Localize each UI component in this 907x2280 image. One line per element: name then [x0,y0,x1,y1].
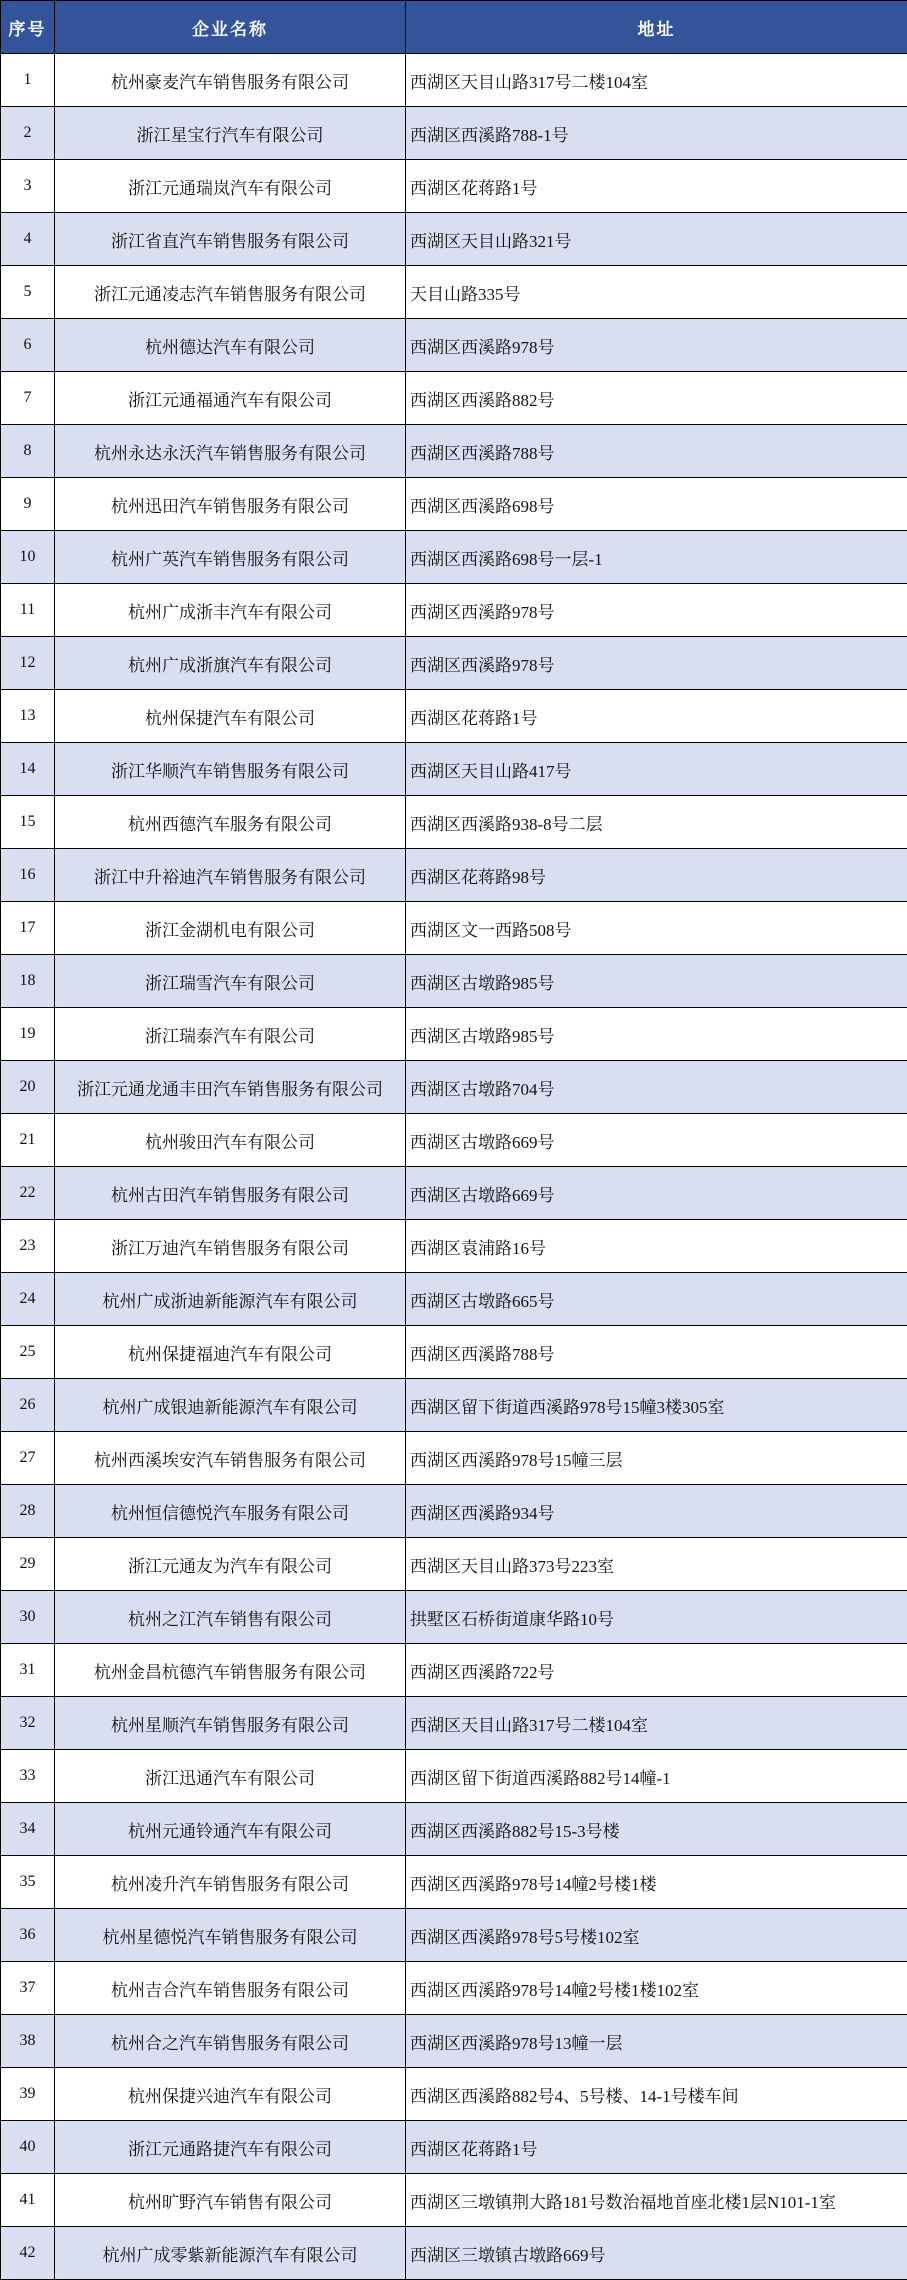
cell-index: 19 [1,1008,55,1061]
header-cell-company-name: 企业名称 [55,1,406,54]
cell-company-name: 杭州保捷福迪汽车有限公司 [55,1326,406,1379]
cell-index: 15 [1,796,55,849]
cell-company-name: 杭州广成浙丰汽车有限公司 [55,584,406,637]
cell-address: 西湖区古墩路669号 [406,1167,907,1220]
cell-address: 西湖区天目山路317号二楼104室 [406,54,907,107]
table-row: 32杭州星顺汽车销售服务有限公司西湖区天目山路317号二楼104室 [1,1697,907,1750]
table-row: 16浙江中升裕迪汽车销售服务有限公司西湖区花蒋路98号 [1,849,907,902]
cell-company-name: 杭州迅田汽车销售服务有限公司 [55,478,406,531]
cell-company-name: 浙江元通友为汽车有限公司 [55,1538,406,1591]
cell-index: 38 [1,2015,55,2068]
table-row: 24杭州广成浙迪新能源汽车有限公司西湖区古墩路665号 [1,1273,907,1326]
cell-address: 西湖区花蒋路98号 [406,849,907,902]
cell-index: 13 [1,690,55,743]
table-row: 5浙江元通凌志汽车销售服务有限公司天目山路335号 [1,266,907,319]
cell-index: 39 [1,2068,55,2121]
cell-address: 西湖区西溪路978号14幢2号楼1楼 [406,1856,907,1909]
cell-company-name: 杭州古田汽车销售服务有限公司 [55,1167,406,1220]
cell-address: 西湖区花蒋路1号 [406,2121,907,2174]
table-row: 8杭州永达永沃汽车销售服务有限公司西湖区西溪路788号 [1,425,907,478]
cell-address: 西湖区西溪路698号一层-1 [406,531,907,584]
cell-company-name: 浙江瑞泰汽车有限公司 [55,1008,406,1061]
cell-company-name: 杭州广英汽车销售服务有限公司 [55,531,406,584]
cell-company-name: 杭州金昌杭德汽车销售服务有限公司 [55,1644,406,1697]
cell-company-name: 杭州德达汽车有限公司 [55,319,406,372]
cell-address: 西湖区西溪路978号 [406,319,907,372]
cell-company-name: 浙江迅通汽车有限公司 [55,1750,406,1803]
cell-index: 6 [1,319,55,372]
cell-address: 西湖区留下街道西溪路978号15幢3楼305室 [406,1379,907,1432]
cell-company-name: 杭州合之汽车销售服务有限公司 [55,2015,406,2068]
cell-address: 西湖区西溪路978号15幢三层 [406,1432,907,1485]
cell-index: 27 [1,1432,55,1485]
table-row: 19浙江瑞泰汽车有限公司西湖区古墩路985号 [1,1008,907,1061]
company-address-table: 序号 企业名称 地址 1杭州豪麦汽车销售服务有限公司西湖区天目山路317号二楼1… [0,0,907,2280]
cell-index: 26 [1,1379,55,1432]
cell-index: 23 [1,1220,55,1273]
cell-company-name: 浙江省直汽车销售服务有限公司 [55,213,406,266]
cell-index: 20 [1,1061,55,1114]
table-row: 3浙江元通瑞岚汽车有限公司西湖区花蒋路1号 [1,160,907,213]
table-row: 14浙江华顺汽车销售服务有限公司西湖区天目山路417号 [1,743,907,796]
cell-company-name: 杭州永达永沃汽车销售服务有限公司 [55,425,406,478]
table-row: 42杭州广成零紫新能源汽车有限公司西湖区三墩镇古墩路669号 [1,2227,907,2280]
cell-index: 32 [1,1697,55,1750]
table-row: 37杭州吉合汽车销售服务有限公司西湖区西溪路978号14幢2号楼1楼102室 [1,1962,907,2015]
cell-address: 天目山路335号 [406,266,907,319]
cell-company-name: 浙江中升裕迪汽车销售服务有限公司 [55,849,406,902]
table-row: 40浙江元通路捷汽车有限公司西湖区花蒋路1号 [1,2121,907,2174]
cell-company-name: 杭州广成浙旗汽车有限公司 [55,637,406,690]
cell-index: 12 [1,637,55,690]
header-cell-index: 序号 [1,1,55,54]
cell-index: 14 [1,743,55,796]
cell-company-name: 杭州广成零紫新能源汽车有限公司 [55,2227,406,2280]
cell-address: 拱墅区石桥街道康华路10号 [406,1591,907,1644]
cell-company-name: 浙江瑞雪汽车有限公司 [55,955,406,1008]
cell-index: 36 [1,1909,55,1962]
table-row: 21杭州骏田汽车有限公司西湖区古墩路669号 [1,1114,907,1167]
cell-index: 5 [1,266,55,319]
cell-address: 西湖区天目山路317号二楼104室 [406,1697,907,1750]
cell-index: 9 [1,478,55,531]
cell-address: 西湖区西溪路788号 [406,1326,907,1379]
cell-index: 34 [1,1803,55,1856]
cell-address: 西湖区三墩镇荆大路181号数治福地首座北楼1层N101-1室 [406,2174,907,2227]
table-row: 12杭州广成浙旗汽车有限公司西湖区西溪路978号 [1,637,907,690]
cell-address: 西湖区古墩路704号 [406,1061,907,1114]
table-row: 28杭州恒信德悦汽车服务有限公司西湖区西溪路934号 [1,1485,907,1538]
cell-index: 37 [1,1962,55,2015]
cell-company-name: 杭州之江汽车销售有限公司 [55,1591,406,1644]
cell-index: 21 [1,1114,55,1167]
cell-index: 22 [1,1167,55,1220]
table-header: 序号 企业名称 地址 [1,1,907,54]
table-row: 10杭州广英汽车销售服务有限公司西湖区西溪路698号一层-1 [1,531,907,584]
cell-address: 西湖区古墩路665号 [406,1273,907,1326]
cell-address: 西湖区西溪路882号 [406,372,907,425]
cell-address: 西湖区古墩路985号 [406,1008,907,1061]
cell-index: 28 [1,1485,55,1538]
table-row: 35杭州凌升汽车销售服务有限公司西湖区西溪路978号14幢2号楼1楼 [1,1856,907,1909]
cell-index: 4 [1,213,55,266]
cell-address: 西湖区花蒋路1号 [406,160,907,213]
table-row: 4浙江省直汽车销售服务有限公司西湖区天目山路321号 [1,213,907,266]
cell-address: 西湖区西溪路978号5号楼102室 [406,1909,907,1962]
table-row: 2浙江星宝行汽车有限公司西湖区西溪路788-1号 [1,107,907,160]
cell-index: 29 [1,1538,55,1591]
cell-address: 西湖区袁浦路16号 [406,1220,907,1273]
cell-company-name: 杭州广成浙迪新能源汽车有限公司 [55,1273,406,1326]
cell-index: 31 [1,1644,55,1697]
table-row: 25杭州保捷福迪汽车有限公司西湖区西溪路788号 [1,1326,907,1379]
cell-company-name: 杭州元通铃通汽车有限公司 [55,1803,406,1856]
cell-address: 西湖区西溪路882号4、5号楼、14-1号楼车间 [406,2068,907,2121]
cell-address: 西湖区西溪路934号 [406,1485,907,1538]
cell-index: 40 [1,2121,55,2174]
cell-address: 西湖区西溪路882号15-3号楼 [406,1803,907,1856]
cell-company-name: 杭州恒信德悦汽车服务有限公司 [55,1485,406,1538]
cell-address: 西湖区西溪路978号 [406,584,907,637]
cell-company-name: 浙江元通瑞岚汽车有限公司 [55,160,406,213]
table-row: 17浙江金湖机电有限公司西湖区文一西路508号 [1,902,907,955]
cell-index: 17 [1,902,55,955]
table-row: 31杭州金昌杭德汽车销售服务有限公司西湖区西溪路722号 [1,1644,907,1697]
cell-index: 1 [1,54,55,107]
cell-address: 西湖区西溪路722号 [406,1644,907,1697]
cell-address: 西湖区三墩镇古墩路669号 [406,2227,907,2280]
cell-address: 西湖区西溪路788号 [406,425,907,478]
table-row: 41杭州旷野汽车销售有限公司西湖区三墩镇荆大路181号数治福地首座北楼1层N10… [1,2174,907,2227]
cell-company-name: 杭州星顺汽车销售服务有限公司 [55,1697,406,1750]
cell-index: 18 [1,955,55,1008]
cell-address: 西湖区西溪路978号14幢2号楼1楼102室 [406,1962,907,2015]
cell-company-name: 浙江金湖机电有限公司 [55,902,406,955]
table-row: 11杭州广成浙丰汽车有限公司西湖区西溪路978号 [1,584,907,637]
cell-address: 西湖区西溪路788-1号 [406,107,907,160]
cell-index: 2 [1,107,55,160]
cell-index: 30 [1,1591,55,1644]
cell-company-name: 杭州凌升汽车销售服务有限公司 [55,1856,406,1909]
table-row: 23浙江万迪汽车销售服务有限公司西湖区袁浦路16号 [1,1220,907,1273]
cell-company-name: 杭州星德悦汽车销售服务有限公司 [55,1909,406,1962]
cell-address: 西湖区留下街道西溪路882号14幢-1 [406,1750,907,1803]
table-row: 9杭州迅田汽车销售服务有限公司西湖区西溪路698号 [1,478,907,531]
table-row: 15杭州西德汽车服务有限公司西湖区西溪路938-8号二层 [1,796,907,849]
cell-company-name: 杭州保捷汽车有限公司 [55,690,406,743]
cell-company-name: 浙江元通龙通丰田汽车销售服务有限公司 [55,1061,406,1114]
cell-company-name: 杭州豪麦汽车销售服务有限公司 [55,54,406,107]
header-cell-address: 地址 [406,1,907,54]
table-row: 39杭州保捷兴迪汽车有限公司西湖区西溪路882号4、5号楼、14-1号楼车间 [1,2068,907,2121]
cell-index: 16 [1,849,55,902]
cell-index: 41 [1,2174,55,2227]
cell-company-name: 杭州西德汽车服务有限公司 [55,796,406,849]
cell-index: 10 [1,531,55,584]
cell-index: 42 [1,2227,55,2280]
cell-address: 西湖区古墩路669号 [406,1114,907,1167]
cell-company-name: 杭州吉合汽车销售服务有限公司 [55,1962,406,2015]
cell-address: 西湖区天目山路321号 [406,213,907,266]
cell-address: 西湖区花蒋路1号 [406,690,907,743]
table-row: 30杭州之江汽车销售有限公司拱墅区石桥街道康华路10号 [1,1591,907,1644]
cell-company-name: 浙江元通凌志汽车销售服务有限公司 [55,266,406,319]
cell-company-name: 杭州西溪埃安汽车销售服务有限公司 [55,1432,406,1485]
table-row: 29浙江元通友为汽车有限公司西湖区天目山路373号223室 [1,1538,907,1591]
cell-index: 8 [1,425,55,478]
table-row: 33浙江迅通汽车有限公司西湖区留下街道西溪路882号14幢-1 [1,1750,907,1803]
table-row: 20浙江元通龙通丰田汽车销售服务有限公司西湖区古墩路704号 [1,1061,907,1114]
table-row: 7浙江元通福通汽车有限公司西湖区西溪路882号 [1,372,907,425]
cell-address: 西湖区西溪路698号 [406,478,907,531]
cell-index: 3 [1,160,55,213]
cell-company-name: 杭州广成银迪新能源汽车有限公司 [55,1379,406,1432]
table-row: 27杭州西溪埃安汽车销售服务有限公司西湖区西溪路978号15幢三层 [1,1432,907,1485]
cell-index: 35 [1,1856,55,1909]
cell-company-name: 浙江元通路捷汽车有限公司 [55,2121,406,2174]
table-row: 6杭州德达汽车有限公司西湖区西溪路978号 [1,319,907,372]
cell-index: 33 [1,1750,55,1803]
cell-address: 西湖区天目山路373号223室 [406,1538,907,1591]
cell-address: 西湖区西溪路978号13幢一层 [406,2015,907,2068]
cell-index: 11 [1,584,55,637]
cell-address: 西湖区西溪路978号 [406,637,907,690]
cell-address: 西湖区西溪路938-8号二层 [406,796,907,849]
cell-index: 7 [1,372,55,425]
cell-company-name: 杭州骏田汽车有限公司 [55,1114,406,1167]
cell-address: 西湖区文一西路508号 [406,902,907,955]
table-row: 26杭州广成银迪新能源汽车有限公司西湖区留下街道西溪路978号15幢3楼305室 [1,1379,907,1432]
cell-index: 24 [1,1273,55,1326]
table-body: 1杭州豪麦汽车销售服务有限公司西湖区天目山路317号二楼104室2浙江星宝行汽车… [1,54,907,2280]
cell-address: 西湖区天目山路417号 [406,743,907,796]
cell-company-name: 杭州旷野汽车销售有限公司 [55,2174,406,2227]
cell-address: 西湖区古墩路985号 [406,955,907,1008]
header-row: 序号 企业名称 地址 [1,1,907,54]
cell-company-name: 浙江万迪汽车销售服务有限公司 [55,1220,406,1273]
table-row: 18浙江瑞雪汽车有限公司西湖区古墩路985号 [1,955,907,1008]
cell-company-name: 杭州保捷兴迪汽车有限公司 [55,2068,406,2121]
cell-company-name: 浙江星宝行汽车有限公司 [55,107,406,160]
table-row: 34杭州元通铃通汽车有限公司西湖区西溪路882号15-3号楼 [1,1803,907,1856]
cell-index: 25 [1,1326,55,1379]
table-row: 13杭州保捷汽车有限公司西湖区花蒋路1号 [1,690,907,743]
cell-company-name: 浙江元通福通汽车有限公司 [55,372,406,425]
table-row: 38杭州合之汽车销售服务有限公司西湖区西溪路978号13幢一层 [1,2015,907,2068]
table-row: 22杭州古田汽车销售服务有限公司西湖区古墩路669号 [1,1167,907,1220]
cell-company-name: 浙江华顺汽车销售服务有限公司 [55,743,406,796]
table-row: 1杭州豪麦汽车销售服务有限公司西湖区天目山路317号二楼104室 [1,54,907,107]
table-row: 36杭州星德悦汽车销售服务有限公司西湖区西溪路978号5号楼102室 [1,1909,907,1962]
